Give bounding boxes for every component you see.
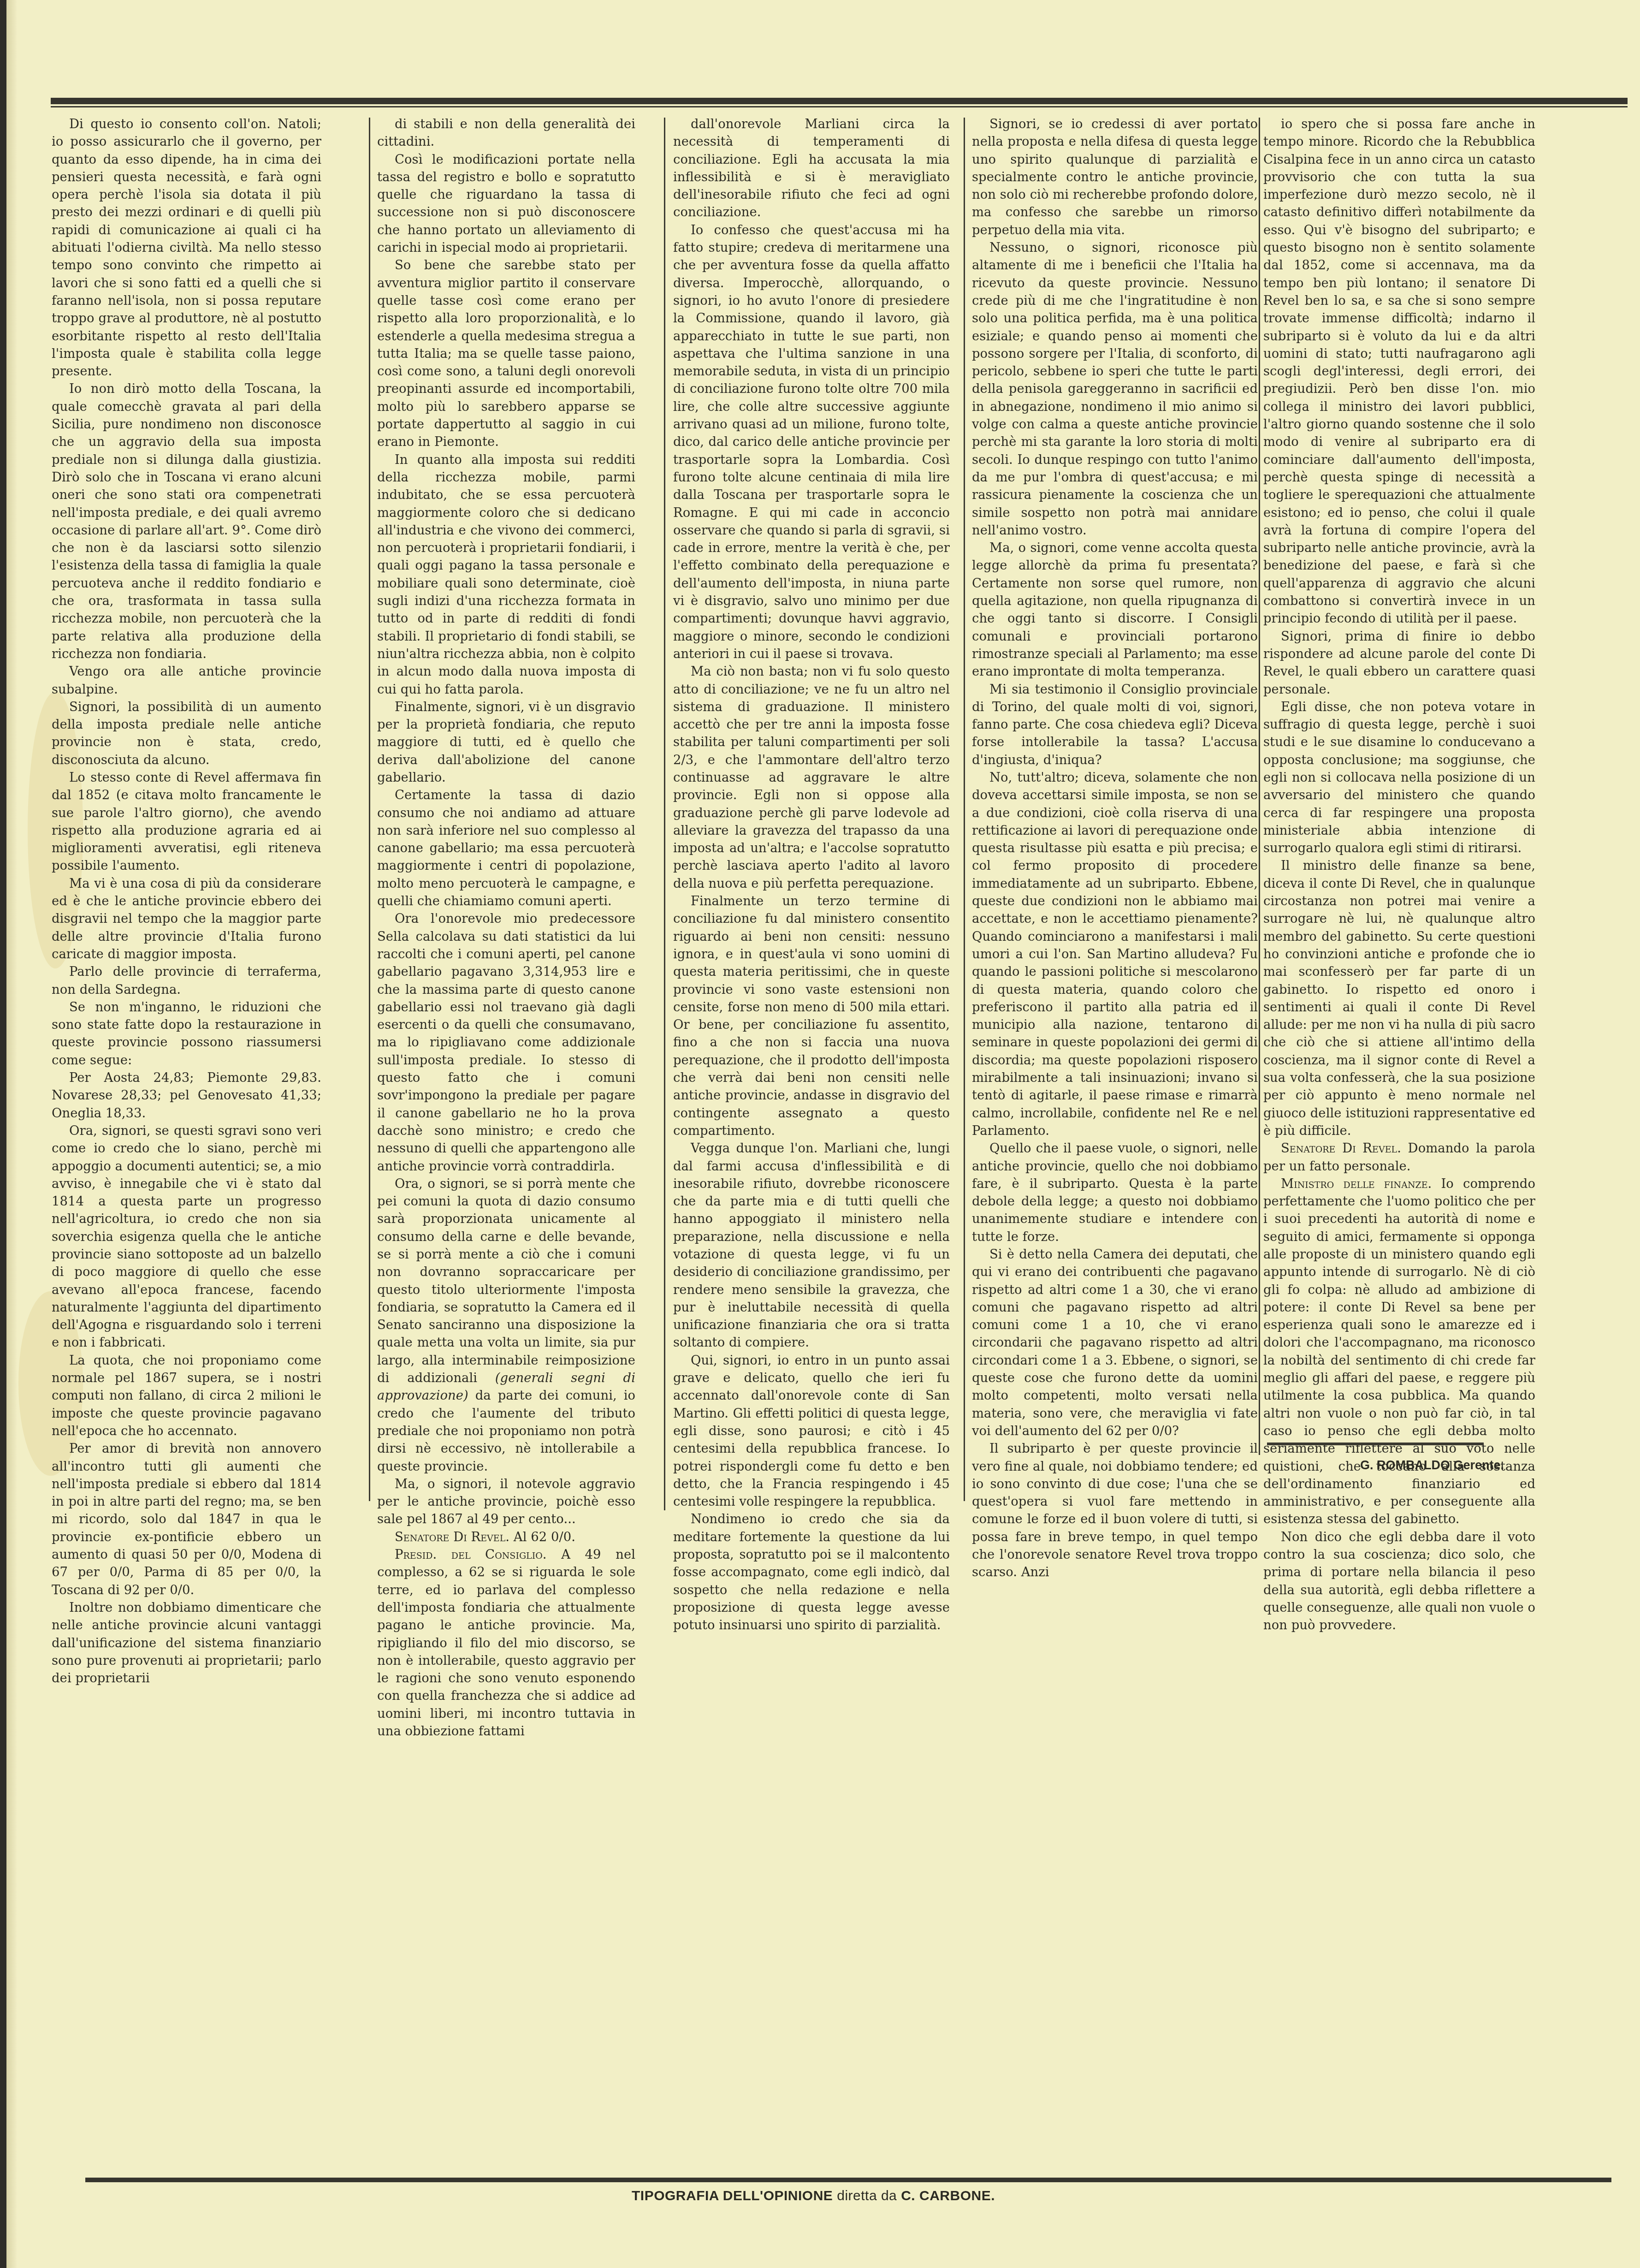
speaker-label: Ministro delle finanze.: [1281, 1176, 1432, 1191]
manager-signature: G. ROMBALDO Gerente.: [1360, 1458, 1504, 1472]
paragraph-text: Io comprendo perfettamente che l'uomo po…: [1263, 1176, 1535, 1527]
paragraph: Se non m'inganno, le riduzioni che sono …: [52, 998, 321, 1069]
paragraph: Di questo io consento coll'on. Natoli; i…: [52, 115, 321, 380]
text-column-3: dall'onorevole Marliani circa la necessi…: [673, 115, 950, 1634]
paragraph: Ora, signori, se questi sgravi sono veri…: [52, 1122, 321, 1352]
paragraph: La quota, che noi proponiamo come normal…: [52, 1352, 321, 1440]
column-divider: [664, 118, 665, 1510]
paragraph-text: A 49 nel complesso, a 62 se si riguarda …: [377, 1547, 635, 1739]
paragraph: Vegga dunque l'on. Marliani che, lungi d…: [673, 1140, 950, 1352]
paragraph: Così le modificazioni portate nella tass…: [377, 151, 635, 257]
header-rule-thin: [51, 106, 1628, 107]
paragraph: Si è detto nella Camera dei deputati, ch…: [972, 1246, 1258, 1440]
paragraph: Mi sia testimonio il Consiglio provincia…: [972, 681, 1258, 769]
paragraph: Lo stesso conte di Revel affermava fin d…: [52, 769, 321, 875]
imprint-press: TIPOGRAFIA DELL'OPINIONE: [632, 2188, 833, 2203]
paragraph: Signori, la possibilità di un aumento de…: [52, 698, 321, 769]
paragraph: Qui, signori, io entro in un punto assai…: [673, 1352, 950, 1511]
signature-rule: [1267, 1443, 1484, 1445]
imprint-director: C. CARBONE.: [901, 2188, 995, 2203]
paragraph: Vengo ora alle antiche provincie subalpi…: [52, 663, 321, 698]
paragraph: No, tutt'altro; diceva, solamente che no…: [972, 769, 1258, 1140]
paragraph: Il ministro delle finanze sa bene, dicev…: [1263, 857, 1535, 1140]
paragraph: dall'onorevole Marliani circa la necessi…: [673, 115, 950, 221]
column-divider: [369, 118, 370, 1501]
paragraph: In quanto alla imposta sui redditi della…: [377, 451, 635, 698]
paragraph: Signori, se io credessi di aver portato …: [972, 115, 1258, 239]
paragraph: Finalmente, signori, vi è un disgravio p…: [377, 698, 635, 786]
scan-left-edge: [0, 0, 6, 2268]
paragraph: Ma vi è una cosa di più da considerare e…: [52, 875, 321, 963]
paragraph: Ministro delle finanze. Io comprendo per…: [1263, 1175, 1535, 1528]
paragraph: Presid. del Consiglio. A 49 nel compless…: [377, 1546, 635, 1740]
paragraph-text: Ora, o signori, se si porrà mente che pe…: [377, 1176, 635, 1385]
speaker-label: Senatore Di Revel.: [1281, 1141, 1401, 1156]
paragraph: Ma ciò non basta; non vi fu solo questo …: [673, 663, 950, 892]
paragraph: io spero che si possa fare anche in temp…: [1263, 115, 1535, 628]
paragraph: Senatore Di Revel. Domando la parola per…: [1263, 1140, 1535, 1175]
paragraph-text: Al 62 0/0.: [514, 1530, 575, 1544]
paragraph: Nessuno, o signori, riconosce più altame…: [972, 239, 1258, 539]
paragraph: So bene che sarebbe stato per avventura …: [377, 256, 635, 451]
paragraph: Finalmente un terzo termine di conciliaz…: [673, 892, 950, 1140]
paragraph: Parlo delle provincie di terraferma, non…: [52, 963, 321, 998]
page-fold-shadow: [6, 0, 17, 2268]
printer-imprint: TIPOGRAFIA DELL'OPINIONE diretta da C. C…: [632, 2188, 995, 2204]
paragraph: Quello che il paese vuole, o signori, ne…: [972, 1140, 1258, 1246]
text-column-1: Di questo io consento coll'on. Natoli; i…: [52, 115, 321, 1687]
paragraph: Ora l'onorevole mio predecessore Sella c…: [377, 910, 635, 1175]
paragraph: Il subriparto è per queste provincie il …: [972, 1440, 1258, 1581]
text-column-5: io spero che si possa fare anche in temp…: [1263, 115, 1535, 1634]
column-divider: [1259, 118, 1260, 1455]
column-divider: [964, 118, 965, 1501]
text-column-2: di stabili e non della generalità dei ci…: [377, 115, 635, 1740]
paragraph: Egli disse, che non poteva votare in suf…: [1263, 698, 1535, 857]
paragraph: Ora, o signori, se si porrà mente che pe…: [377, 1175, 635, 1475]
paragraph: Per amor di brevità non annovero all'inc…: [52, 1440, 321, 1599]
paragraph: di stabili e non della generalità dei ci…: [377, 115, 635, 151]
imprint-directed-by: diretta da: [837, 2188, 897, 2203]
paragraph: Ma, o signori, il notevole aggravio per …: [377, 1475, 635, 1528]
text-column-4: Signori, se io credessi di aver portato …: [972, 115, 1258, 1581]
paragraph: Non dico che egli debba dare il voto con…: [1263, 1528, 1535, 1634]
speaker-label: Senatore Di Revel.: [395, 1530, 509, 1544]
speaker-label: Presid. del Consiglio.: [395, 1547, 547, 1562]
paragraph: Per Aosta 24,83; Piemonte 29,83. Novares…: [52, 1069, 321, 1122]
paragraph: Signori, prima di finire io debbo rispon…: [1263, 628, 1535, 698]
paragraph: Io non dirò motto della Toscana, la qual…: [52, 380, 321, 663]
paragraph: Certamente la tassa di dazio consumo che…: [377, 786, 635, 910]
paragraph: Nondimeno io credo che sia da meditare f…: [673, 1510, 950, 1634]
paragraph: Io confesso che quest'accusa mi ha fatto…: [673, 221, 950, 663]
header-rule: [51, 98, 1628, 104]
footer-rule: [85, 2178, 1611, 2182]
paragraph: Ma, o signori, come venne accolta questa…: [972, 539, 1258, 680]
paragraph: Senatore Di Revel. Al 62 0/0.: [377, 1528, 635, 1546]
paragraph: Inoltre non dobbiamo dimenticare che nel…: [52, 1599, 321, 1687]
